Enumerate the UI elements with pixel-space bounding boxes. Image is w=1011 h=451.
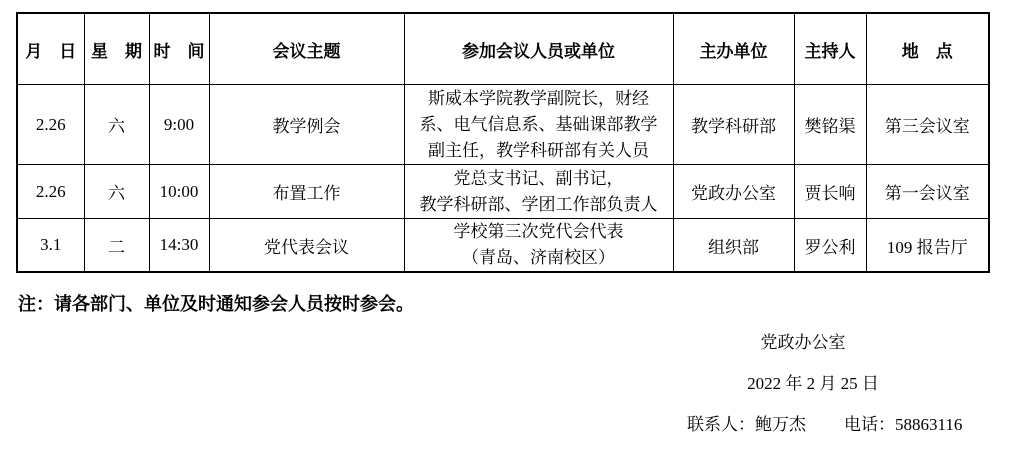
cell-topic: 布置工作 bbox=[209, 165, 404, 219]
cell-organizer: 党政办公室 bbox=[673, 165, 794, 219]
participants-line: 副主任，教学科研部有关人员 bbox=[407, 138, 671, 164]
meeting-schedule-table: 月 日 星 期 时 间 会议主题 参加会议人员或单位 主办单位 主持人 地 点 … bbox=[16, 12, 990, 273]
cell-time: 10:00 bbox=[149, 165, 209, 219]
cell-weekday: 二 bbox=[84, 219, 149, 273]
col-header-location: 地 点 bbox=[866, 13, 989, 85]
contact-phone: 电话：58863116 bbox=[844, 410, 962, 435]
participants-line: （青岛、济南校区） bbox=[407, 245, 671, 271]
cell-host: 罗公利 bbox=[794, 219, 866, 273]
table-header-row: 月 日 星 期 时 间 会议主题 参加会议人员或单位 主办单位 主持人 地 点 bbox=[17, 13, 989, 85]
cell-participants: 学校第三次党代会代表 （青岛、济南校区） bbox=[404, 219, 673, 273]
col-header-host: 主持人 bbox=[794, 13, 866, 85]
cell-date: 2.26 bbox=[17, 165, 84, 219]
cell-organizer: 教学科研部 bbox=[673, 85, 794, 165]
cell-location: 109 报告厅 bbox=[866, 219, 989, 273]
cell-location: 第一会议室 bbox=[866, 165, 989, 219]
contact-person: 联系人：鲍万杰 bbox=[687, 410, 806, 435]
col-header-date: 月 日 bbox=[17, 13, 84, 85]
participants-line: 系、电气信息系、基础课部教学 bbox=[407, 112, 671, 138]
cell-host: 贾长响 bbox=[794, 165, 866, 219]
cell-topic: 党代表会议 bbox=[209, 219, 404, 273]
participants-line: 教学科研部、学团工作部负责人 bbox=[407, 192, 671, 218]
note-text: 注：请各部门、单位及时通知参会人员按时参会。 bbox=[18, 290, 414, 316]
table-row: 2.26 六 10:00 布置工作 党总支书记、副书记， 教学科研部、学团工作部… bbox=[17, 165, 989, 219]
cell-time: 9:00 bbox=[149, 85, 209, 165]
cell-host: 樊铭渠 bbox=[794, 85, 866, 165]
table-row: 2.26 六 9:00 教学例会 斯威本学院教学副院长，财经 系、电气信息系、基… bbox=[17, 85, 989, 165]
signature-date: 2022 年 2 月 25 日 bbox=[747, 369, 879, 394]
col-header-time: 时 间 bbox=[149, 13, 209, 85]
col-header-topic: 会议主题 bbox=[209, 13, 404, 85]
cell-date: 3.1 bbox=[17, 219, 84, 273]
cell-location: 第三会议室 bbox=[866, 85, 989, 165]
participants-line: 学校第三次党代会代表 bbox=[407, 219, 671, 245]
col-header-participants: 参加会议人员或单位 bbox=[404, 13, 673, 85]
cell-time: 14:30 bbox=[149, 219, 209, 273]
col-header-organizer: 主办单位 bbox=[673, 13, 794, 85]
table-row: 3.1 二 14:30 党代表会议 学校第三次党代会代表 （青岛、济南校区） 组… bbox=[17, 219, 989, 273]
participants-line: 斯威本学院教学副院长，财经 bbox=[407, 86, 671, 112]
signature-department: 党政办公室 bbox=[761, 328, 846, 353]
cell-organizer: 组织部 bbox=[673, 219, 794, 273]
cell-weekday: 六 bbox=[84, 85, 149, 165]
cell-topic: 教学例会 bbox=[209, 85, 404, 165]
cell-weekday: 六 bbox=[84, 165, 149, 219]
cell-participants: 斯威本学院教学副院长，财经 系、电气信息系、基础课部教学 副主任，教学科研部有关… bbox=[404, 85, 673, 165]
contact-line: 联系人：鲍万杰 电话：58863116 bbox=[687, 410, 962, 435]
col-header-weekday: 星 期 bbox=[84, 13, 149, 85]
cell-participants: 党总支书记、副书记， 教学科研部、学团工作部负责人 bbox=[404, 165, 673, 219]
cell-date: 2.26 bbox=[17, 85, 84, 165]
participants-line: 党总支书记、副书记， bbox=[407, 166, 671, 192]
